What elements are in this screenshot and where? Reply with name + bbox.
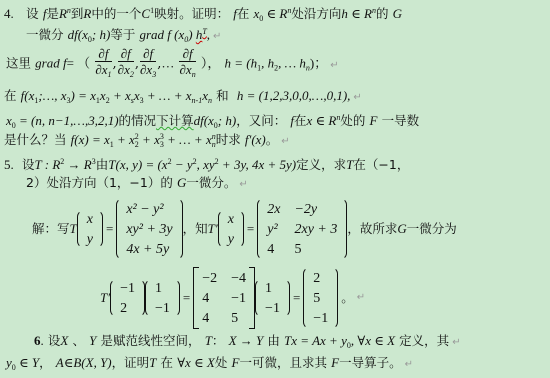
- answer-vector: 25−1: [303, 267, 338, 329]
- T-vector: x² − y²xy² + 3y4x + 5y: [116, 198, 182, 260]
- math: , ∀x ∈ X: [351, 333, 395, 348]
- text: ，又问：: [236, 113, 286, 128]
- math: T′: [100, 289, 110, 307]
- math: f′(x): [245, 132, 266, 147]
- text: 时求: [216, 132, 241, 147]
- text: 一导算子。: [339, 355, 402, 370]
- math: + … + x: [164, 132, 212, 147]
- text: 处沿方向: [291, 6, 341, 21]
- math: df(x: [194, 113, 214, 128]
- math: + … + x: [144, 88, 192, 103]
- math: + x: [114, 132, 135, 147]
- math: , … h: [278, 56, 306, 71]
- problem-4-line-3: 这里 grad f= （ ∂f∂x1,∂f∂x2,∂f∂x3,… ∂f∂xn ）…: [6, 46, 339, 86]
- math: C: [141, 6, 150, 21]
- text: 在: [237, 6, 250, 21]
- problem-number: 4.: [4, 6, 14, 21]
- text: 一微分。: [186, 175, 236, 190]
- text: 一导数: [382, 113, 420, 128]
- fraction: ∂f∂x1: [95, 46, 111, 82]
- math: T(x, y) = (x: [108, 157, 167, 172]
- text: 在（−1，: [353, 157, 409, 172]
- text: 中的一个: [91, 6, 141, 21]
- math: =: [247, 220, 254, 238]
- math: + 3y, 4x + 5y): [219, 157, 296, 172]
- math: ∈: [263, 6, 279, 21]
- problem-5-result: T′ −12 1−1 = −2−4 4−1 45 1−1 =: [100, 266, 365, 330]
- text: 处: [215, 355, 228, 370]
- math: + x: [110, 88, 131, 103]
- math: grad f (x: [139, 27, 184, 42]
- text: ，知: [183, 220, 208, 238]
- paragraph-mark-icon: ↵: [239, 179, 247, 190]
- text: 解：写: [32, 220, 70, 238]
- paragraph-mark-icon: ↵: [353, 92, 361, 103]
- paragraph-mark-icon: ↵: [405, 359, 413, 370]
- math: ,: [207, 27, 210, 42]
- text: 定义，求: [296, 157, 346, 172]
- fraction: ∂f∂x2: [118, 46, 134, 82]
- math: X → Y: [229, 333, 264, 348]
- math: )；: [310, 56, 327, 71]
- math: ): [188, 27, 196, 42]
- math: ∀x ∈ X: [177, 355, 215, 370]
- paragraph-mark-icon: ↵: [452, 337, 460, 348]
- problem-4-line-6: 是什么？当 f(x) = x1 + x22 + x33 + … + xnn时求 …: [4, 131, 290, 154]
- math: n: [208, 96, 212, 105]
- math: F: [370, 113, 378, 128]
- text: 一微分: [26, 27, 64, 42]
- text: 、: [73, 333, 86, 348]
- math: ∈: [348, 6, 364, 21]
- math: h = (1,2,3,0,0,…,0,1),: [237, 88, 351, 103]
- text: 由: [267, 333, 280, 348]
- math: =: [183, 289, 190, 307]
- math: Tx = Ax + y: [284, 333, 347, 348]
- text: ，: [39, 355, 52, 370]
- fraction: ∂f∂xn: [179, 46, 195, 82]
- vector-xy-2: xy: [218, 210, 244, 249]
- text: 映射。证明：: [154, 6, 229, 21]
- text: ，证明: [112, 355, 150, 370]
- math: F: [331, 355, 339, 370]
- problem-5-line-1: 5. 设T : R2 → R3由T(x, y) = (x2 − y2, xy2 …: [4, 153, 409, 175]
- problem-5-line-2: 2）处沿方向（1，−1）的 G一微分。↵: [26, 174, 248, 194]
- text: 由: [96, 157, 109, 172]
- text: 处的: [340, 113, 365, 128]
- text: 是赋范线性空间，: [101, 333, 201, 348]
- text: 在: [4, 88, 17, 103]
- text: 。: [341, 289, 354, 307]
- evaluated-jacobian: −2−4 4−1 45: [193, 267, 255, 329]
- math: T: [205, 333, 212, 348]
- problem-4-line-4: 在 f(x1;…, x3) = x1x2 + xsx3 + … + xn-1xn…: [4, 87, 362, 110]
- math: T′: [208, 220, 218, 238]
- math: , xy: [197, 157, 215, 172]
- math: ），: [201, 56, 221, 71]
- problem-5-solution: 解：写 T xy = x² − y²xy² + 3y4x + 5y ，知 T′ …: [32, 196, 457, 262]
- math: n-1: [192, 96, 203, 105]
- direction-vector: 1−1: [145, 279, 180, 318]
- paragraph-mark-icon: ↵: [357, 289, 365, 307]
- problem-6-line-2: y0 ∈ Y， A∈B(X, Y)，证明T 在 ∀x ∈ X处 F一可微，且求其…: [6, 354, 413, 377]
- math: T: [149, 355, 156, 370]
- text: 是什么？当: [4, 132, 67, 147]
- text: 。: [266, 132, 279, 147]
- math: …: [161, 56, 174, 71]
- math: − y: [172, 157, 193, 172]
- text: 一微分为: [407, 220, 457, 238]
- text: 设: [22, 157, 35, 172]
- math: A∈B(X, Y): [56, 355, 112, 370]
- paragraph-mark-icon: ↵: [281, 136, 289, 147]
- text: 的: [376, 6, 389, 21]
- math: ) = x: [71, 88, 96, 103]
- math: → R: [64, 157, 91, 172]
- math: G: [393, 6, 402, 21]
- text: 是: [46, 6, 59, 21]
- math: .: [41, 333, 44, 348]
- text: 在: [294, 113, 307, 128]
- math: X: [60, 333, 68, 348]
- text: 到: [71, 6, 84, 21]
- point-vector: −12: [110, 279, 145, 318]
- math: x ∈ R: [307, 113, 337, 128]
- math: h = (h: [224, 56, 257, 71]
- text: 这里: [6, 56, 31, 71]
- math: f(x) = x: [71, 132, 110, 147]
- text: 和: [216, 88, 229, 103]
- math: ; h): [92, 27, 110, 42]
- text: ：: [212, 333, 225, 348]
- problem-number: 5.: [4, 157, 14, 172]
- paragraph-mark-icon: ↵: [213, 31, 221, 42]
- math: (x: [78, 27, 88, 42]
- text: ，故所求: [347, 220, 397, 238]
- problem-6-line-1: 6. 设X 、 Y 是赋范线性空间， T： X → Y 由 Tx = Ax + …: [34, 332, 461, 355]
- math: =: [293, 289, 300, 307]
- math: = (n, n−1,…,3,2,1): [16, 113, 119, 128]
- math: =: [106, 220, 113, 238]
- math: G: [177, 175, 186, 190]
- text: 定义，其: [399, 333, 449, 348]
- text: 2）处沿方向（1，−1）的: [26, 175, 173, 190]
- math: G: [397, 220, 406, 238]
- math: T : R: [35, 157, 61, 172]
- text: 等于: [110, 27, 135, 42]
- math: + x: [139, 132, 160, 147]
- math: R: [364, 6, 372, 21]
- text: 下计算: [156, 113, 194, 128]
- direction-vector-2: 1−1: [255, 279, 290, 318]
- math: df: [68, 27, 78, 42]
- math: T: [70, 220, 77, 238]
- vector-xy: xy: [77, 210, 103, 249]
- text: 设: [26, 6, 39, 21]
- text: 设: [48, 333, 61, 348]
- math: f(x: [21, 88, 35, 103]
- math: Y: [89, 333, 96, 348]
- math: ; h): [218, 113, 236, 128]
- fraction: ∂f∂x3: [140, 46, 156, 82]
- math: , h: [261, 56, 274, 71]
- math: ∈ Y: [16, 355, 39, 370]
- math: = （: [67, 56, 91, 71]
- text: 的情况: [119, 113, 157, 128]
- paragraph-mark-icon: ↵: [330, 60, 338, 71]
- text: 在: [161, 355, 174, 370]
- math: grad f: [35, 56, 66, 71]
- jacobian-matrix: 2x−2y y²2xy + 3 45: [257, 198, 347, 260]
- text: 一可微，且求其: [239, 355, 327, 370]
- math: ;…, x: [38, 88, 66, 103]
- math: R: [59, 6, 67, 21]
